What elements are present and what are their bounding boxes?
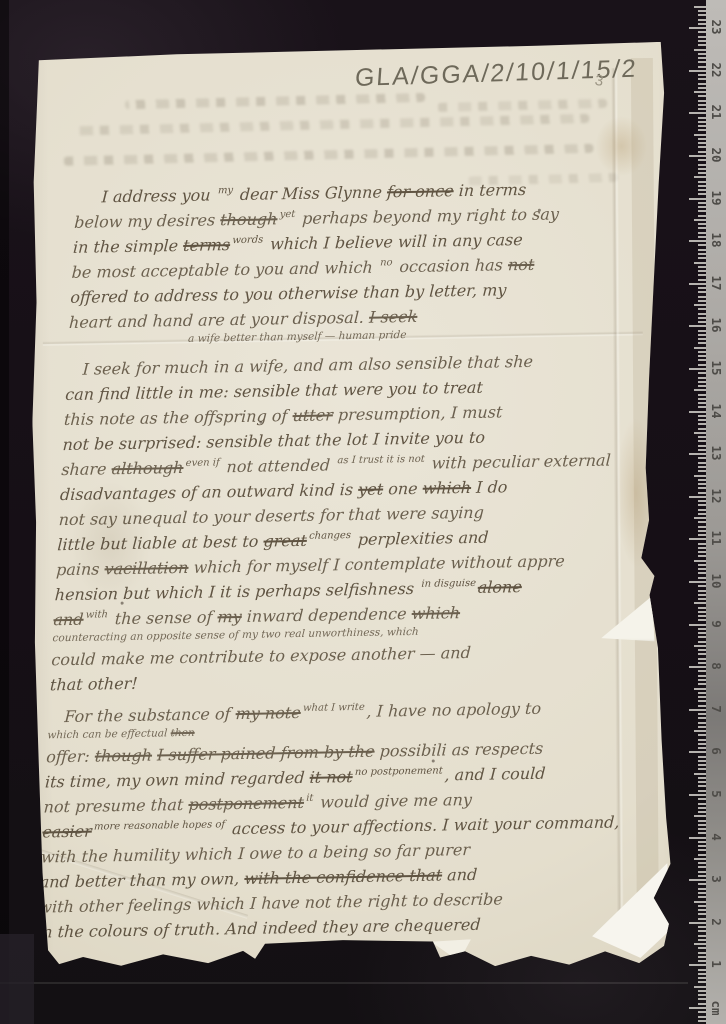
ruler-tick [698, 236, 706, 238]
ruler-tick [698, 594, 706, 596]
ruler-tick [698, 888, 706, 890]
ruler-tick [698, 807, 706, 809]
ruler-tick [698, 981, 706, 983]
ruler-tick [698, 734, 706, 736]
letter-text: below my desires [74, 210, 221, 232]
ruler-number: 11 [708, 529, 724, 547]
ruler-tick [698, 151, 706, 153]
ruler-number: 14 [708, 402, 724, 420]
ruler-tick [698, 862, 706, 864]
ruler-tick [698, 104, 706, 106]
ruler-tick [698, 641, 706, 643]
ruler-tick [698, 930, 706, 932]
ruler-tick [698, 1016, 706, 1018]
ruler-tick [689, 453, 706, 455]
ruler-number: 22 [708, 61, 724, 79]
ruler-tick [689, 27, 706, 29]
ruler-tick [694, 176, 706, 178]
struck-text: terms [183, 235, 231, 255]
ruler-tick [698, 87, 706, 89]
ruler-number: 4 [708, 828, 724, 846]
struck-text: easier [42, 822, 92, 842]
ruler-tick [698, 117, 706, 119]
ruler-tick [698, 202, 706, 204]
letter-text: I do [471, 477, 508, 497]
ruler-tick [698, 436, 706, 438]
ruler-tick [698, 615, 706, 617]
struck-text: I suffer pained from by the [157, 742, 375, 765]
struck-text: alone [477, 577, 522, 597]
ruler-tick [694, 815, 706, 817]
ruler-tick [698, 990, 706, 992]
ruler-tick [698, 866, 706, 868]
ruler-tick [698, 74, 706, 76]
ruler-tick [698, 40, 706, 42]
letter-text: the sense of [109, 607, 218, 628]
ruler-tick [698, 619, 706, 621]
ruler-tick [689, 155, 706, 157]
ruler-tick [698, 670, 706, 672]
ruler-tick [698, 722, 706, 724]
ruler-tick [698, 193, 706, 195]
ruler-tick [698, 78, 706, 80]
ruler-tick [698, 568, 706, 570]
ruler-tick [698, 534, 706, 536]
ruler-tick [698, 1011, 706, 1013]
ruler-tick [698, 121, 706, 123]
ruler-number: 6 [708, 742, 724, 760]
ruler-tick [698, 287, 706, 289]
ruler-tick [694, 134, 706, 136]
letter-text: which I believe will in any case [265, 230, 524, 254]
ruler-tick [698, 189, 706, 191]
letter-text: occasion has [394, 255, 509, 276]
ruler-tick [689, 240, 706, 242]
ruler-tick [698, 338, 706, 340]
ruler-tick [698, 935, 706, 937]
ink-bleedthrough [63, 144, 593, 166]
ruler-tick [689, 837, 706, 839]
ruler-tick [698, 249, 706, 251]
ruler-tick [698, 215, 706, 217]
ruler-tick [698, 470, 706, 472]
ruler-tick [698, 164, 706, 166]
ruler-number: 16 [708, 316, 724, 334]
ruler-tick [698, 781, 706, 783]
ruler-tick [698, 146, 706, 148]
ruler-tick [698, 828, 706, 830]
letter-text: a wife better than myself — human pride [188, 329, 407, 345]
letter-text: in terms [453, 180, 527, 200]
letter-text: pains [56, 559, 105, 579]
ruler-tick [698, 590, 706, 592]
ruler-tick [694, 986, 706, 988]
ruler-tick [689, 922, 706, 924]
ruler-tick [698, 14, 706, 16]
ruler-tick [698, 675, 706, 677]
struck-text: it not [309, 767, 353, 787]
ruler-tick [698, 359, 706, 361]
inserted-text: no postponement [355, 765, 443, 778]
ruler-tick [698, 841, 706, 843]
ruler-tick [698, 679, 706, 681]
ruler-tick [689, 751, 706, 753]
ruler-tick [698, 462, 706, 464]
ruler-tick [698, 743, 706, 745]
letter-text: dear Miss Glynne [234, 182, 387, 204]
ruler-tick [698, 377, 706, 379]
ruler-tick [698, 206, 706, 208]
ruler-tick [698, 210, 706, 212]
ruler-tick [698, 764, 706, 766]
letter-text: , I have no apology to [366, 699, 542, 721]
ruler-tick [689, 581, 706, 583]
ruler-tick [694, 688, 706, 690]
letter-text: this note as the offspring of [63, 406, 293, 429]
struck-text: postponement [188, 793, 305, 814]
letter-body: I address you my dear Miss Glynne for on… [36, 175, 662, 945]
letter-text: be most acceptable to you and which [71, 258, 378, 282]
ruler-tick [698, 717, 706, 719]
ruler-tick [698, 227, 706, 229]
ruler-number: 20 [708, 146, 724, 164]
ruler-tick [698, 760, 706, 762]
ruler-tick [698, 415, 706, 417]
ruler-tick [698, 108, 706, 110]
ruler-tick [698, 892, 706, 894]
ruler-tick [698, 739, 706, 741]
ruler-tick [698, 142, 706, 144]
letter-text: in the colours of truth. And indeed they… [37, 915, 482, 942]
struck-text: yet [358, 479, 384, 498]
inserted-text: no [380, 257, 393, 268]
ruler-tick [698, 585, 706, 587]
ruler-tick [689, 198, 706, 200]
ruler-tick [698, 372, 706, 374]
ruler-number: 23 [708, 18, 724, 36]
letter-text: access to your affections. I wait your c… [226, 812, 620, 838]
ruler-tick [698, 883, 706, 885]
ruler-tick [698, 296, 706, 298]
ruler-tick [698, 185, 706, 187]
letter-text: and better than my own, [39, 869, 245, 892]
ruler-tick [694, 901, 706, 903]
ruler-number: 3 [708, 870, 724, 888]
ruler-tick [698, 1020, 706, 1022]
letter-text: hension but which I it is perhaps selfis… [54, 579, 419, 604]
ruler-tick [698, 977, 706, 979]
ruler-tick [698, 330, 706, 332]
struck-text: great [263, 531, 307, 551]
ruler-tick [698, 909, 706, 911]
ruler-tick [698, 845, 706, 847]
ruler-number: 13 [708, 444, 724, 462]
backdrop-patch [0, 934, 34, 1024]
ruler-tick [698, 31, 706, 33]
ruler-tick [698, 266, 706, 268]
letter-text: inward dependence [241, 604, 412, 626]
ruler-tick [698, 547, 706, 549]
ruler-tick [698, 832, 706, 834]
ruler-tick [698, 479, 706, 481]
stain [595, 116, 647, 176]
ruler-tick [698, 83, 706, 85]
ruler-tick [698, 168, 706, 170]
ruler-tick [698, 939, 706, 941]
ruler-tick [698, 406, 706, 408]
letter-text: and [442, 865, 478, 885]
letter-text: share [61, 459, 112, 479]
ruler-tick [698, 342, 706, 344]
ruler-tick [698, 530, 706, 532]
letter-text: its time, my own mind regarded [44, 768, 310, 792]
ruler-tick [698, 628, 706, 630]
letter-text: heart and hand are at your disposal. [69, 308, 370, 332]
struck-text: which [411, 603, 460, 623]
ruler-tick [698, 998, 706, 1000]
ruler-tick [698, 95, 706, 97]
ruler-tick [698, 257, 706, 259]
folio-number: 3 [594, 72, 605, 90]
ruler-tick [698, 172, 706, 174]
ruler-tick [698, 683, 706, 685]
letter-text: offer: [46, 747, 96, 767]
ruler-tick [698, 849, 706, 851]
ruler-tick [698, 381, 706, 383]
ruler: 1234567891011121314151617181920212223cm [688, 0, 726, 1024]
ruler-tick [698, 10, 706, 12]
ruler-tick [698, 129, 706, 131]
struck-text: not [508, 255, 535, 274]
ruler-tick [698, 138, 706, 140]
struck-text: although [111, 458, 184, 478]
ruler-tick [698, 768, 706, 770]
ruler-tick [694, 602, 706, 604]
ruler-tick [698, 291, 706, 293]
ruler-tick [698, 756, 706, 758]
table-edge-line [0, 982, 688, 984]
inserted-text: in disguise [421, 578, 476, 590]
ruler-tick [689, 496, 706, 498]
inserted-text: even if [185, 457, 220, 469]
struck-text: for once [387, 181, 455, 201]
ruler-unit-label: cm [708, 999, 724, 1017]
ruler-tick [698, 402, 706, 404]
ruler-tick [698, 973, 706, 975]
letter-text: one [383, 479, 424, 499]
ruler-tick [698, 607, 706, 609]
ruler-tick [698, 253, 706, 255]
ruler-tick [698, 313, 706, 315]
ruler-tick [689, 368, 706, 370]
ruler-tick [698, 509, 706, 511]
ruler-tick [698, 398, 706, 400]
ruler-tick [694, 347, 706, 349]
ruler-tick [698, 820, 706, 822]
ruler-tick [698, 726, 706, 728]
ruler-tick [689, 538, 706, 540]
ruler-tick [698, 653, 706, 655]
ruler-tick [689, 325, 706, 327]
letter-text: would give me any [315, 790, 473, 812]
ruler-tick [698, 803, 706, 805]
photograph-of-manuscript: GLA/GGA/2/10/1/15/2 3 I address you my d… [0, 0, 726, 1024]
ruler-tick [698, 636, 706, 638]
ruler-tick [698, 649, 706, 651]
inserted-text: my [218, 185, 234, 196]
ruler-tick [698, 321, 706, 323]
ruler-number: 15 [708, 359, 724, 377]
ruler-tick [698, 875, 706, 877]
ruler-tick [698, 662, 706, 664]
inserted-text: what I write [303, 702, 365, 714]
ruler-tick [698, 61, 706, 63]
struck-text: with the confidence that [244, 866, 443, 888]
ruler-tick [694, 730, 706, 732]
ruler-tick [698, 713, 706, 715]
ruler-tick [698, 526, 706, 528]
inserted-text: words [232, 235, 263, 247]
ruler-number: 18 [708, 231, 724, 249]
letter-text: disadvantages of an outward kind is [60, 480, 359, 504]
ruler-tick [698, 611, 706, 613]
struck-text: though [220, 209, 278, 229]
ruler-tick [698, 572, 706, 574]
ruler-tick [694, 943, 706, 945]
ruler-tick [698, 913, 706, 915]
ruler-tick [698, 244, 706, 246]
ruler-tick [689, 709, 706, 711]
letter-text: For the substance of [64, 704, 236, 726]
ruler-tick [689, 964, 706, 966]
inserted-text: with [86, 609, 109, 620]
ruler-tick [698, 956, 706, 958]
ruler-number: 9 [708, 615, 724, 633]
ruler-tick [698, 334, 706, 336]
letter-text: not attended [221, 455, 336, 476]
paper-sheet: GLA/GGA/2/10/1/15/2 3 I address you my d… [0, 0, 726, 1024]
ruler-number: 7 [708, 700, 724, 718]
ruler-tick [698, 871, 706, 873]
ruler-tick [698, 598, 706, 600]
ruler-number: 8 [708, 657, 724, 675]
ruler-tick [698, 394, 706, 396]
ruler-tick [698, 785, 706, 787]
ruler-tick [698, 274, 706, 276]
ruler-tick [698, 747, 706, 749]
ruler-tick [698, 457, 706, 459]
ruler-tick [694, 517, 706, 519]
ruler-tick [689, 70, 706, 72]
ruler-tick [698, 445, 706, 447]
ruler-tick [698, 500, 706, 502]
struck-text: I seek [369, 307, 418, 327]
inserted-text: as I trust it is not [337, 454, 425, 467]
letter-text: possibili as respects [374, 739, 544, 761]
ruler-tick [698, 159, 706, 161]
ink-bleedthrough [437, 99, 607, 112]
ruler-tick [698, 777, 706, 779]
ruler-tick [698, 449, 706, 451]
ruler-tick [698, 19, 706, 21]
ruler-tick [698, 440, 706, 442]
ruler-tick [698, 947, 706, 949]
ink-bleedthrough [69, 114, 589, 136]
letter-text: , and I could [444, 764, 546, 785]
struck-text: my note [235, 703, 301, 723]
ruler-tick [698, 504, 706, 506]
ruler-number: 1 [708, 955, 724, 973]
ruler-number: 19 [708, 189, 724, 207]
ruler-tick [689, 879, 706, 881]
ruler-tick [698, 125, 706, 127]
letter-text: presumption, I must [332, 402, 503, 424]
ruler-tick [694, 475, 706, 477]
ruler-tick [698, 317, 706, 319]
ruler-tick [698, 428, 706, 430]
ruler-tick [698, 355, 706, 357]
struck-text: and [53, 610, 84, 630]
ruler-tick [698, 658, 706, 660]
ruler-tick [698, 513, 706, 515]
letter-text: little but liable at best to [57, 532, 264, 555]
ruler-tick [698, 279, 706, 281]
letter-text: perplexities and [352, 528, 489, 549]
ruler-tick [694, 6, 706, 8]
ruler-tick [698, 308, 706, 310]
ruler-tick [689, 624, 706, 626]
ruler-tick [698, 364, 706, 366]
inserted-text: it [306, 793, 314, 804]
ruler-tick [698, 700, 706, 702]
ruler-tick [698, 270, 706, 272]
ruler-tick [698, 632, 706, 634]
ruler-tick [694, 49, 706, 51]
letter-text: with peculiar external [426, 451, 611, 473]
ruler-tick [694, 773, 706, 775]
struck-text: utter [292, 405, 333, 425]
struck-text: though [94, 746, 152, 766]
ruler-tick [698, 223, 706, 225]
ruler-tick [698, 53, 706, 55]
ruler-tick [698, 66, 706, 68]
ruler-number: 2 [708, 913, 724, 931]
ruler-tick [694, 219, 706, 221]
ruler-tick [698, 705, 706, 707]
inserted-text: changes [309, 530, 351, 542]
ruler-tick [698, 926, 706, 928]
ruler-tick [698, 551, 706, 553]
ruler-tick [698, 969, 706, 971]
ruler-tick [689, 411, 706, 413]
ruler-tick [698, 555, 706, 557]
ruler-tick [698, 543, 706, 545]
backdrop-left-strip [0, 0, 9, 1024]
ruler-tick [698, 466, 706, 468]
ruler-number: 5 [708, 785, 724, 803]
letter-text: that other! [50, 674, 139, 695]
struck-text: which [422, 478, 471, 498]
ruler-tick [689, 283, 706, 285]
ruler-tick [698, 351, 706, 353]
letter-text: which for myself I contemplate without a… [188, 551, 565, 577]
letter-text: in the simple [73, 236, 184, 257]
letter-text: which can be effectual [47, 727, 171, 741]
ruler-tick [698, 23, 706, 25]
ruler-tick [698, 952, 706, 954]
ruler-tick [698, 36, 706, 38]
ruler-tick [698, 696, 706, 698]
